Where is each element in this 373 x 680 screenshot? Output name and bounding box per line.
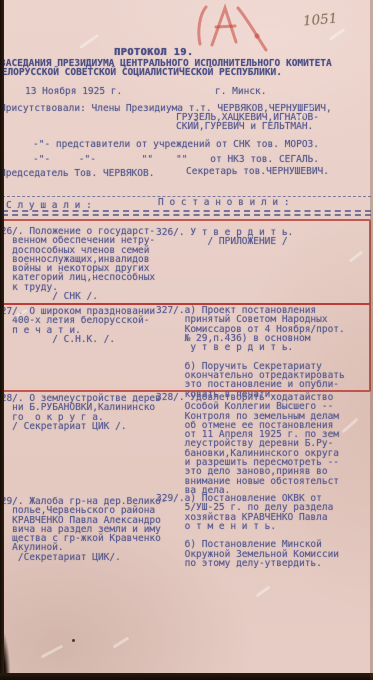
pencil-stroke [216,26,235,27]
chairman-line: Председатель Тов. ЧЕРВЯКОВ. [0,169,154,178]
pencil-dot [254,33,259,38]
pencil-stroke [238,8,266,50]
row-328-heard-cell: 328/. О землеустройстве дерев ни Б.РУБАН… [0,394,161,431]
red-box-item-326 [1,219,371,305]
red-pencil-mark [178,0,293,58]
archive-page-number: 1051 [302,11,338,30]
red-box-item-327 [1,303,371,392]
scan-edge-bottom [0,673,373,680]
secretary-line: Секретарь тов.ЧЕРНУШЕВИЧ. [186,167,329,176]
scanned-document: { "page": { "archive_number": "1051" }, … [0,0,373,680]
row-329-resolution-cell: 329/.а) Постановление ОКВК от 5/УШ-25 г.… [156,494,339,568]
doc-subtitle-2: БЕЛОРУССКОЙ СОВЕТСКОЙ СОЦИАЛИСТИЧЕСКОЙ Р… [0,68,282,77]
pencil-stroke [199,7,206,44]
row-328-resolution-cell: 328/. Удовлетворить ходатайство Особой К… [156,393,339,495]
column-header-heard: С л у ш а л и : [6,201,92,210]
doc-place: г. Минск. [215,87,266,96]
row-329-heard-cell: 329/. Жалоба гр-на дер.Велико- полье,Чер… [0,497,167,562]
representative-line: -"- -"- "" "" от НКЗ тов. СЕГАЛЬ. [33,155,319,164]
ink-speck [72,639,75,642]
representative-line: -"- представители от учреждений от СНК т… [33,140,319,149]
attendees-line: СКИЙ,ГУРЕВИЧ и ГЕЛЬТМАН. [176,122,313,131]
separator-line [2,214,371,216]
separator-line [2,210,371,212]
doc-date: 13 Ноября 1925 г. [25,87,122,96]
column-header-resolved: П о с т а н о в и л и : [158,198,290,207]
scan-edge-left [0,0,4,680]
